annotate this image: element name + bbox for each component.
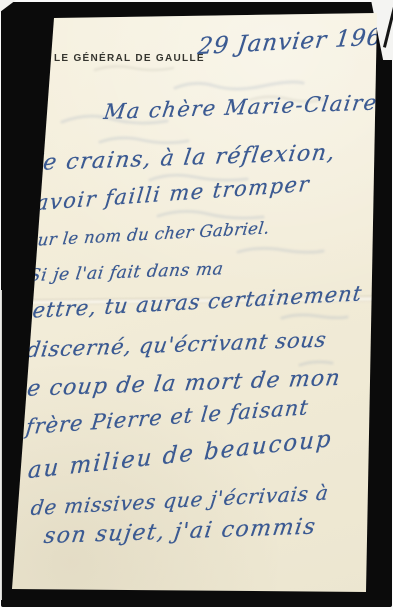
handwritten-line: son sujet, j'ai commis — [42, 514, 318, 549]
letter-date: 29 Janvier 1960, — [196, 23, 393, 60]
handwritten-line: lettre, tu auras certainement — [24, 281, 364, 323]
handwritten-line: discerné, qu'écrivant sous — [25, 327, 328, 362]
photo-frame: LE GÉNÉRAL DE GAULLE 29 Janvier 1960, Ma… — [0, 0, 393, 610]
letter-paper: LE GÉNÉRAL DE GAULLE 29 Janvier 1960, Ma… — [0, 0, 393, 610]
handwritten-line: Si je l'ai fait dans ma — [28, 259, 225, 286]
salutation: Ma chère Marie-Claire, — [102, 90, 387, 124]
handwritten-line: Je crains, à la réflexion, — [31, 140, 337, 176]
photo-edge-left — [0, 290, 2, 600]
handwritten-line: de missives que j'écrivais à — [30, 480, 331, 520]
letterhead: LE GÉNÉRAL DE GAULLE — [54, 53, 205, 64]
handwritten-line: sur le nom du cher Gabriel. — [28, 218, 271, 250]
handwritten-line: avoir failli me tromper — [35, 172, 312, 215]
